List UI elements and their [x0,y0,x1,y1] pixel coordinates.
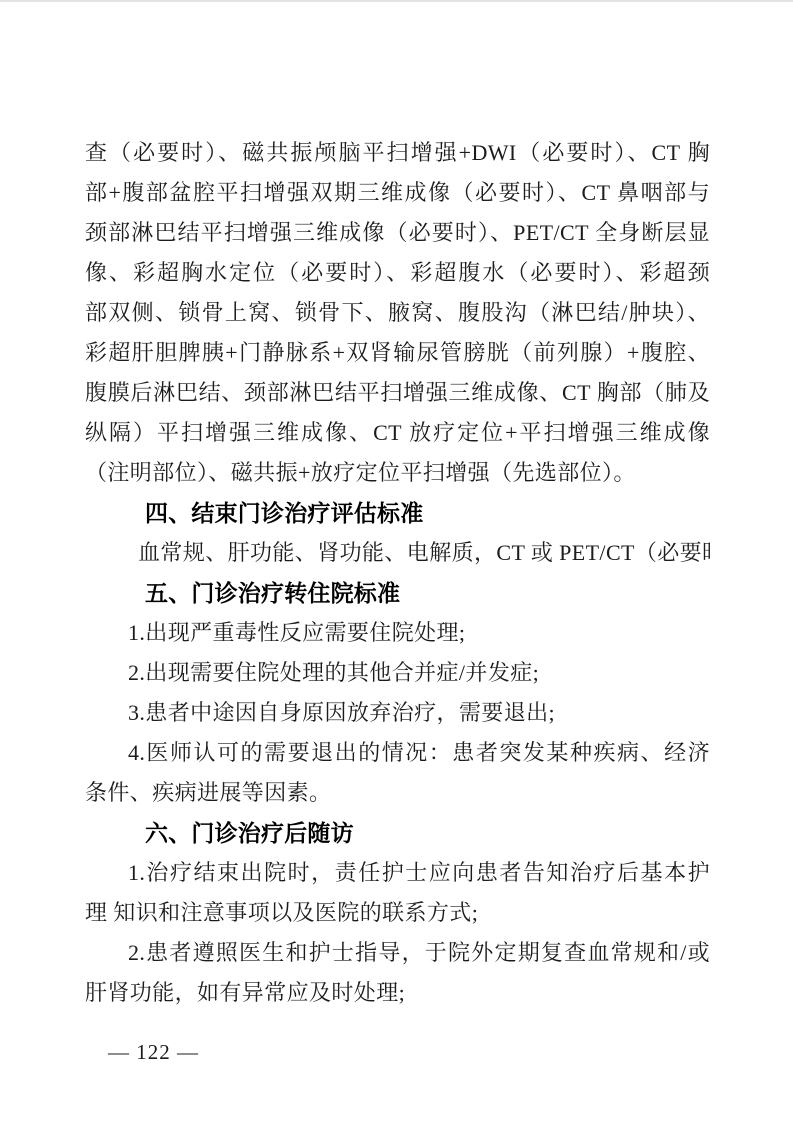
body-line: 部+腹部盆腔平扫增强双期三维成像（必要时）、CT 鼻咽部与 [85,173,710,213]
list-item-line: 2.患者遵照医生和护士指导，于院外定期复查血常规和/或 [85,933,710,973]
body-line: 彩超肝胆脾胰+门静脉系+双肾输尿管膀胱（前列腺）+腹腔、 [85,333,710,373]
page-number: — 122 — [108,1038,199,1066]
section-heading-4: 四、结束门诊治疗评估标准 [85,493,710,533]
body-line: 查（必要时）、磁共振颅脑平扫增强+DWI（必要时）、CT 胸 [85,133,710,173]
document-page: 查（必要时）、磁共振颅脑平扫增强+DWI（必要时）、CT 胸 部+腹部盆腔平扫增… [0,0,793,1122]
page-body-text: 查（必要时）、磁共振颅脑平扫增强+DWI（必要时）、CT 胸 部+腹部盆腔平扫增… [85,133,710,1013]
body-line: 纵隔）平扫增强三维成像、CT 放疗定位+平扫增强三维成像 [85,413,710,453]
list-item-line: 3.患者中途因自身原因放弃治疗，需要退出; [85,693,710,733]
body-line: 像、彩超胸水定位（必要时）、彩超腹水（必要时）、彩超颈 [85,253,710,293]
list-item-line: 条件、疾病进展等因素。 [85,773,710,813]
list-item-line: 肝肾功能，如有异常应及时处理; [85,973,710,1013]
body-line: 颈部淋巴结平扫增强三维成像（必要时）、PET/CT 全身断层显 [85,213,710,253]
scan-edge-artifact [0,0,793,2]
list-item-line: 2.出现需要住院处理的其他合并症/并发症; [85,653,710,693]
list-item-line: 理 知识和注意事项以及医院的联系方式; [85,893,710,933]
list-item-line: 1.出现严重毒性反应需要住院处理; [85,613,710,653]
list-item-line: 1.治疗结束出院时，责任护士应向患者告知治疗后基本护 [85,853,710,893]
body-line: （注明部位）、磁共振+放疗定位平扫增强（先选部位）。 [85,453,710,493]
body-line: 血常规、肝功能、肾功能、电解质，CT 或 PET/CT（必要时） [85,533,710,573]
body-line: 腹膜后淋巴结、颈部淋巴结平扫增强三维成像、CT 胸部（肺及 [85,373,710,413]
section-heading-6: 六、门诊治疗后随访 [85,813,710,853]
section-heading-5: 五、门诊治疗转住院标准 [85,573,710,613]
list-item-line: 4.医师认可的需要退出的情况：患者突发某种疾病、经济 [85,733,710,773]
body-line: 部双侧、锁骨上窝、锁骨下、腋窝、腹股沟（淋巴结/肿块）、 [85,293,710,333]
